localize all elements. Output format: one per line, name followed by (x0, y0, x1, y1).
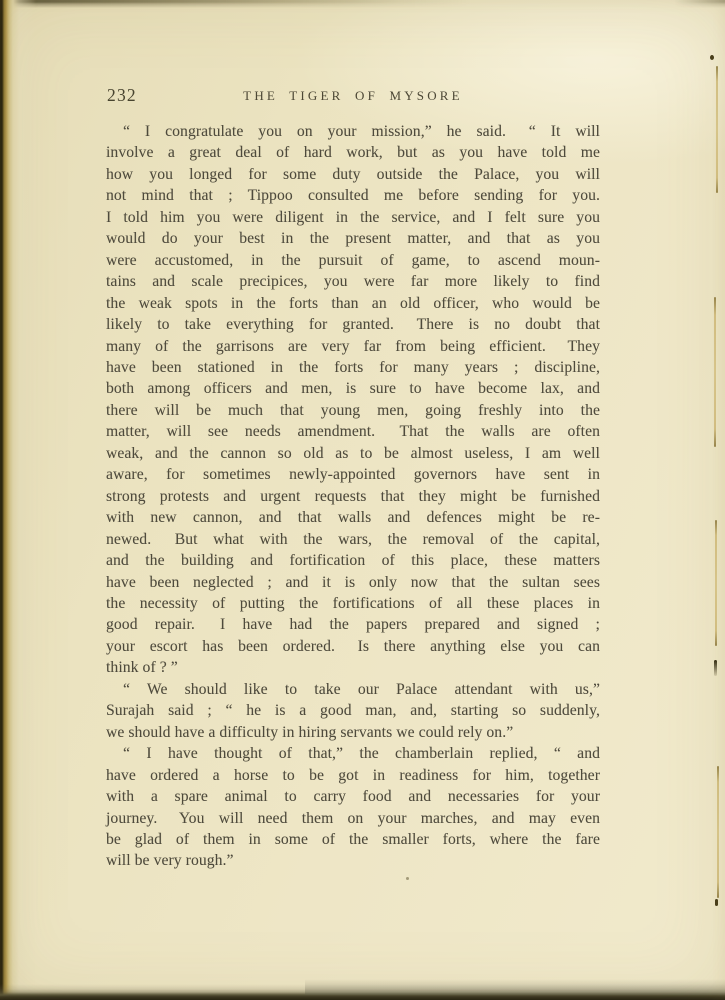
page-number: 232 (107, 85, 137, 106)
text-line: the weak spots in the forts than an old … (106, 293, 600, 314)
paragraph: “ I have thought of that,” the chamberla… (106, 743, 600, 872)
text-line: “ I congratulate you on your mission,” h… (106, 121, 600, 142)
running-title: THE TIGER OF MYSORE (243, 88, 463, 104)
text-line: I told him you were diligent in the serv… (106, 207, 600, 228)
paper-speck (406, 877, 409, 880)
text-line: matter, will see needs amendment. That t… (106, 421, 600, 442)
text-line: your escort has been ordered. Is there a… (106, 636, 600, 657)
page-bottom-edge-haze (305, 979, 725, 995)
text-line: think of ? ” (106, 657, 600, 678)
paper-speck (710, 55, 714, 60)
running-head: 232 THE TIGER OF MYSORE (106, 85, 600, 105)
right-page-edge-line (714, 297, 716, 447)
paragraph: “ I congratulate you on your mission,” h… (106, 121, 600, 679)
text-line: many of the garrisons are very far from … (106, 336, 600, 357)
text-line: not mind that ; Tippoo consulted me befo… (106, 185, 600, 206)
text-line: have been neglected ; and it is only now… (106, 572, 600, 593)
text-line: aware, for sometimes newly-appointed gov… (106, 464, 600, 485)
text-line: would do your best in the present matter… (106, 228, 600, 249)
right-page-edge-line (717, 766, 719, 898)
book-spine-edge (0, 0, 36, 1000)
body-text-block: “ I congratulate you on your mission,” h… (106, 121, 600, 872)
text-line: both among officers and men, is sure to … (106, 378, 600, 399)
text-line: “ I have thought of that,” the chamberla… (106, 743, 600, 764)
text-line: involve a great deal of hard work, but a… (106, 142, 600, 163)
text-line: with new cannon, and that walls and defe… (106, 507, 600, 528)
text-line: good repair. I have had the papers prepa… (106, 614, 600, 635)
text-line: likely to take everything for granted. T… (106, 314, 600, 335)
right-page-edge-line (716, 66, 718, 193)
text-line: were accustomed, in the pursuit of game,… (106, 250, 600, 271)
text-line: there will be much that young men, going… (106, 400, 600, 421)
text-line: tains and scale precipices, you were far… (106, 271, 600, 292)
paragraph: “ We should like to take our Palace atte… (106, 679, 600, 743)
text-line: Surajah said ; “ he is a good man, and, … (106, 700, 600, 721)
page-top-edge-shadow (0, 0, 725, 8)
text-line: with a spare animal to carry food and ne… (106, 786, 600, 807)
book-page: 232 THE TIGER OF MYSORE “ I congratulate… (0, 0, 725, 1000)
right-page-edge-line (715, 520, 717, 646)
text-line: have ordered a horse to be got in readin… (106, 765, 600, 786)
paper-speck (714, 660, 717, 676)
text-line: newed. But what with the wars, the remov… (106, 529, 600, 550)
text-line: weak, and the cannon so old as to be alm… (106, 443, 600, 464)
text-line: and the building and fortification of th… (106, 550, 600, 571)
text-line: we should have a difficulty in hiring se… (106, 722, 600, 743)
text-line: “ We should like to take our Palace atte… (106, 679, 600, 700)
text-line: how you longed for some duty outside the… (106, 164, 600, 185)
text-line: have been stationed in the forts for man… (106, 357, 600, 378)
text-line: the necessity of putting the fortificati… (106, 593, 600, 614)
text-line: will be very rough.” (106, 850, 600, 871)
text-line: journey. You will need them on your marc… (106, 808, 600, 829)
text-line: strong protests and urgent requests that… (106, 486, 600, 507)
paper-speck (715, 899, 718, 906)
text-line: be glad of them in some of the smaller f… (106, 829, 600, 850)
